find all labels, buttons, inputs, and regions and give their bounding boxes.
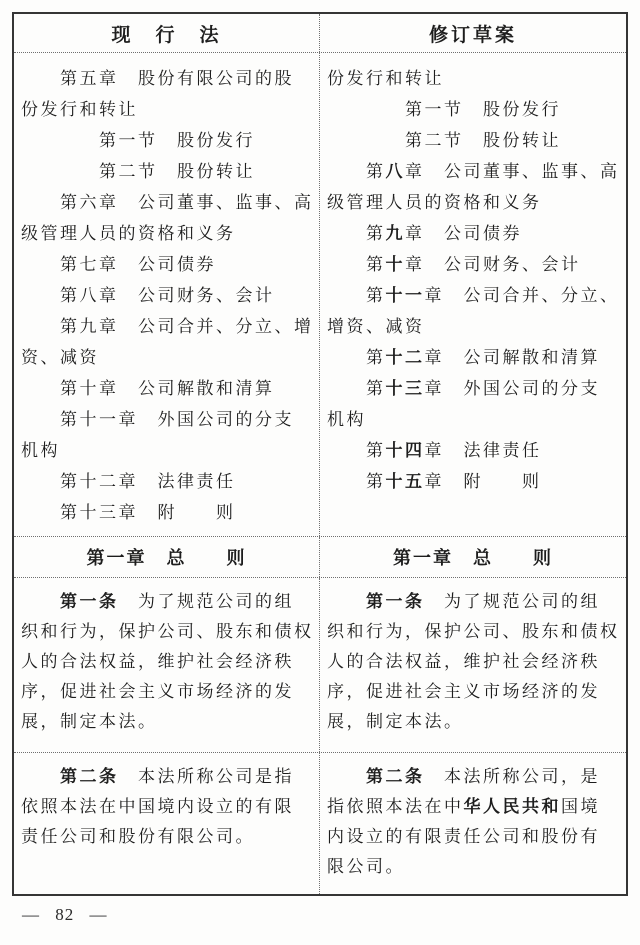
text-line: 第七章 公司债券: [21, 249, 312, 280]
text-line: 第二条 本法所称公司，是: [327, 762, 619, 792]
text-line: 第九章 公司合并、分立、增: [21, 311, 312, 342]
text-line: 织和行为，保护公司、股东和债权: [327, 617, 619, 647]
article1-revised-draft: 第一条 为了规范公司的组织和行为，保护公司、股东和债权人的合法权益，维护社会经济…: [320, 578, 626, 752]
text-line: 第十一章 公司合并、分立、: [327, 280, 619, 311]
page-number: — 82 —: [22, 905, 108, 925]
header-cell-current-law: 现 行 法: [14, 14, 320, 52]
table-header-row: 现 行 法 修订草案: [14, 14, 626, 52]
text-line: 第十五章 附 则: [327, 466, 619, 497]
text-line: 人的合法权益，维护社会经济秩: [327, 647, 619, 677]
text-line: 第八章 公司董事、监事、高: [327, 156, 619, 187]
toc-revised-draft: 份发行和转让 第一节 股份发行 第二节 股份转让 第八章 公司董事、监事、高级管…: [320, 53, 626, 536]
header-cell-revised-draft: 修订草案: [320, 14, 626, 52]
text-line: 第八章 公司财务、会计: [21, 280, 312, 311]
text-line: 第一节 股份发行: [21, 125, 312, 156]
scanned-document-page: 现 行 法 修订草案 第五章 股份有限公司的股份发行和转让 第一节 股份发行 第…: [0, 0, 640, 945]
article2-revised-draft: 第二条 本法所称公司，是指依照本法在中华人民共和国境内设立的有限责任公司和股份有…: [320, 753, 626, 894]
current-law-title: 现 行 法: [111, 20, 221, 47]
text-line: 级管理人员的资格和义务: [327, 187, 619, 218]
text-line: 第一节 股份发行: [327, 94, 619, 125]
chapter1-title-row: 第一章 总 则 第一章 总 则: [14, 536, 626, 577]
article1-row: 第一条 为了规范公司的组织和行为，保护公司、股东和债权人的合法权益，维护社会经济…: [14, 577, 626, 752]
text-line: 资、减资: [21, 342, 312, 373]
text-line: 第六章 公司董事、监事、高: [21, 187, 312, 218]
chapter1-title-revised-draft-cell: 第一章 总 则: [320, 537, 626, 577]
text-line: 限公司。: [327, 852, 619, 882]
text-line: 第十四章 法律责任: [327, 435, 619, 466]
text-line: 第一条 为了规范公司的组: [21, 587, 312, 617]
text-line: 人的合法权益，维护社会经济秩: [21, 647, 312, 677]
article1-current-law: 第一条 为了规范公司的组织和行为，保护公司、股东和债权人的合法权益，维护社会经济…: [14, 578, 320, 752]
table-of-contents-row: 第五章 股份有限公司的股份发行和转让 第一节 股份发行 第二节 股份转让 第六章…: [14, 52, 626, 536]
text-line: 第十二章 法律责任: [21, 466, 312, 497]
text-line: 第十二章 公司解散和清算: [327, 342, 619, 373]
text-line: 第十三章 外国公司的分支: [327, 373, 619, 404]
text-line: 机构: [327, 404, 619, 435]
chapter1-title-current-law-cell: 第一章 总 则: [14, 537, 320, 577]
text-line: 第十章 公司财务、会计: [327, 249, 619, 280]
text-line: 增资、减资: [327, 311, 619, 342]
text-line: 织和行为，保护公司、股东和债权: [21, 617, 312, 647]
text-line: 展，制定本法。: [21, 707, 312, 737]
comparison-table: 现 行 法 修订草案 第五章 股份有限公司的股份发行和转让 第一节 股份发行 第…: [12, 12, 628, 896]
text-line: 份发行和转让: [21, 94, 312, 125]
chapter1-title-revised-draft: 第一章 总 则: [393, 544, 553, 570]
text-line: 序，促进社会主义市场经济的发: [327, 677, 619, 707]
text-line: 展，制定本法。: [327, 707, 619, 737]
text-line: 内设立的有限责任公司和股份有: [327, 822, 619, 852]
article2-current-law: 第二条 本法所称公司是指依照本法在中国境内设立的有限责任公司和股份有限公司。: [14, 753, 320, 894]
toc-current-law: 第五章 股份有限公司的股份发行和转让 第一节 股份发行 第二节 股份转让 第六章…: [14, 53, 320, 536]
text-line: 第十一章 外国公司的分支: [21, 404, 312, 435]
article2-row: 第二条 本法所称公司是指依照本法在中国境内设立的有限责任公司和股份有限公司。 第…: [14, 752, 626, 894]
text-line: 第九章 公司债券: [327, 218, 619, 249]
text-line: 份发行和转让: [327, 63, 619, 94]
text-line: 指依照本法在中华人民共和国境: [327, 792, 619, 822]
text-line: 第十章 公司解散和清算: [21, 373, 312, 404]
revised-draft-title: 修订草案: [429, 20, 517, 47]
text-line: 第五章 股份有限公司的股: [21, 63, 312, 94]
text-line: 第一条 为了规范公司的组: [327, 587, 619, 617]
text-line: 依照本法在中国境内设立的有限: [21, 792, 312, 822]
text-line: 序，促进社会主义市场经济的发: [21, 677, 312, 707]
text-line: 第二节 股份转让: [21, 156, 312, 187]
text-line: 责任公司和股份有限公司。: [21, 822, 312, 852]
text-line: 级管理人员的资格和义务: [21, 218, 312, 249]
text-line: 第二条 本法所称公司是指: [21, 762, 312, 792]
text-line: 机构: [21, 435, 312, 466]
text-line: 第二节 股份转让: [327, 125, 619, 156]
text-line: 第十三章 附 则: [21, 497, 312, 528]
chapter1-title-current-law: 第一章 总 则: [87, 544, 247, 570]
